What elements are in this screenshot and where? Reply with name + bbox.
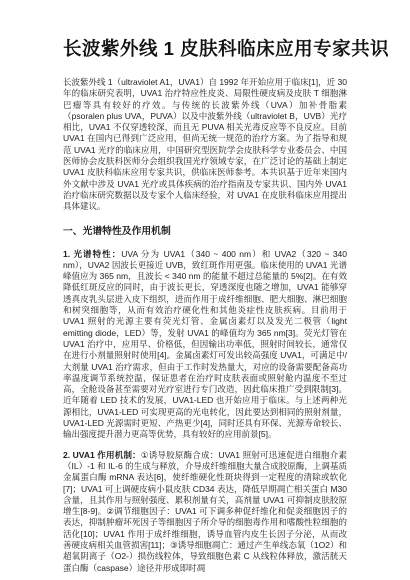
section-heading-spectral-and-mechanism: 一、光谱特性及作用机制 <box>63 226 347 238</box>
paragraph-spectral-label: 1. 光谱特性： <box>63 249 121 259</box>
paragraph-uva1-mechanism: 2. UVA1 作用机制：①诱导胶原酶合成：UVA1 照射可迅速促进白细胞介素（… <box>63 450 347 574</box>
paragraph-mechanism-body: ①诱导胶原酶合成：UVA1 照射可迅速促进白细胞介素（IL）-1 和 IL-6 … <box>63 450 347 573</box>
paragraph-mechanism-label: 2. UVA1 作用机制： <box>63 450 141 460</box>
document-title: 长波紫外线 1 皮肤科临床应用专家共识 <box>63 36 347 62</box>
document-page: 长波紫外线 1 皮肤科临床应用专家共识 长波紫外线 1（ultraviolet … <box>0 0 410 580</box>
document-screenshot: { "document": { "page_background": "#fff… <box>0 0 410 580</box>
paragraph-spectral-body: UVA 分为 UVA1（340 ~ 400 nm）和 UVA2（320 ~ 34… <box>63 249 347 440</box>
intro-paragraph: 长波紫外线 1（ultraviolet A1，UVA1）自 1992 年开始应用… <box>63 77 347 213</box>
paragraph-spectral-characteristics: 1. 光谱特性：UVA 分为 UVA1（340 ~ 400 nm）和 UVA2（… <box>63 249 347 441</box>
